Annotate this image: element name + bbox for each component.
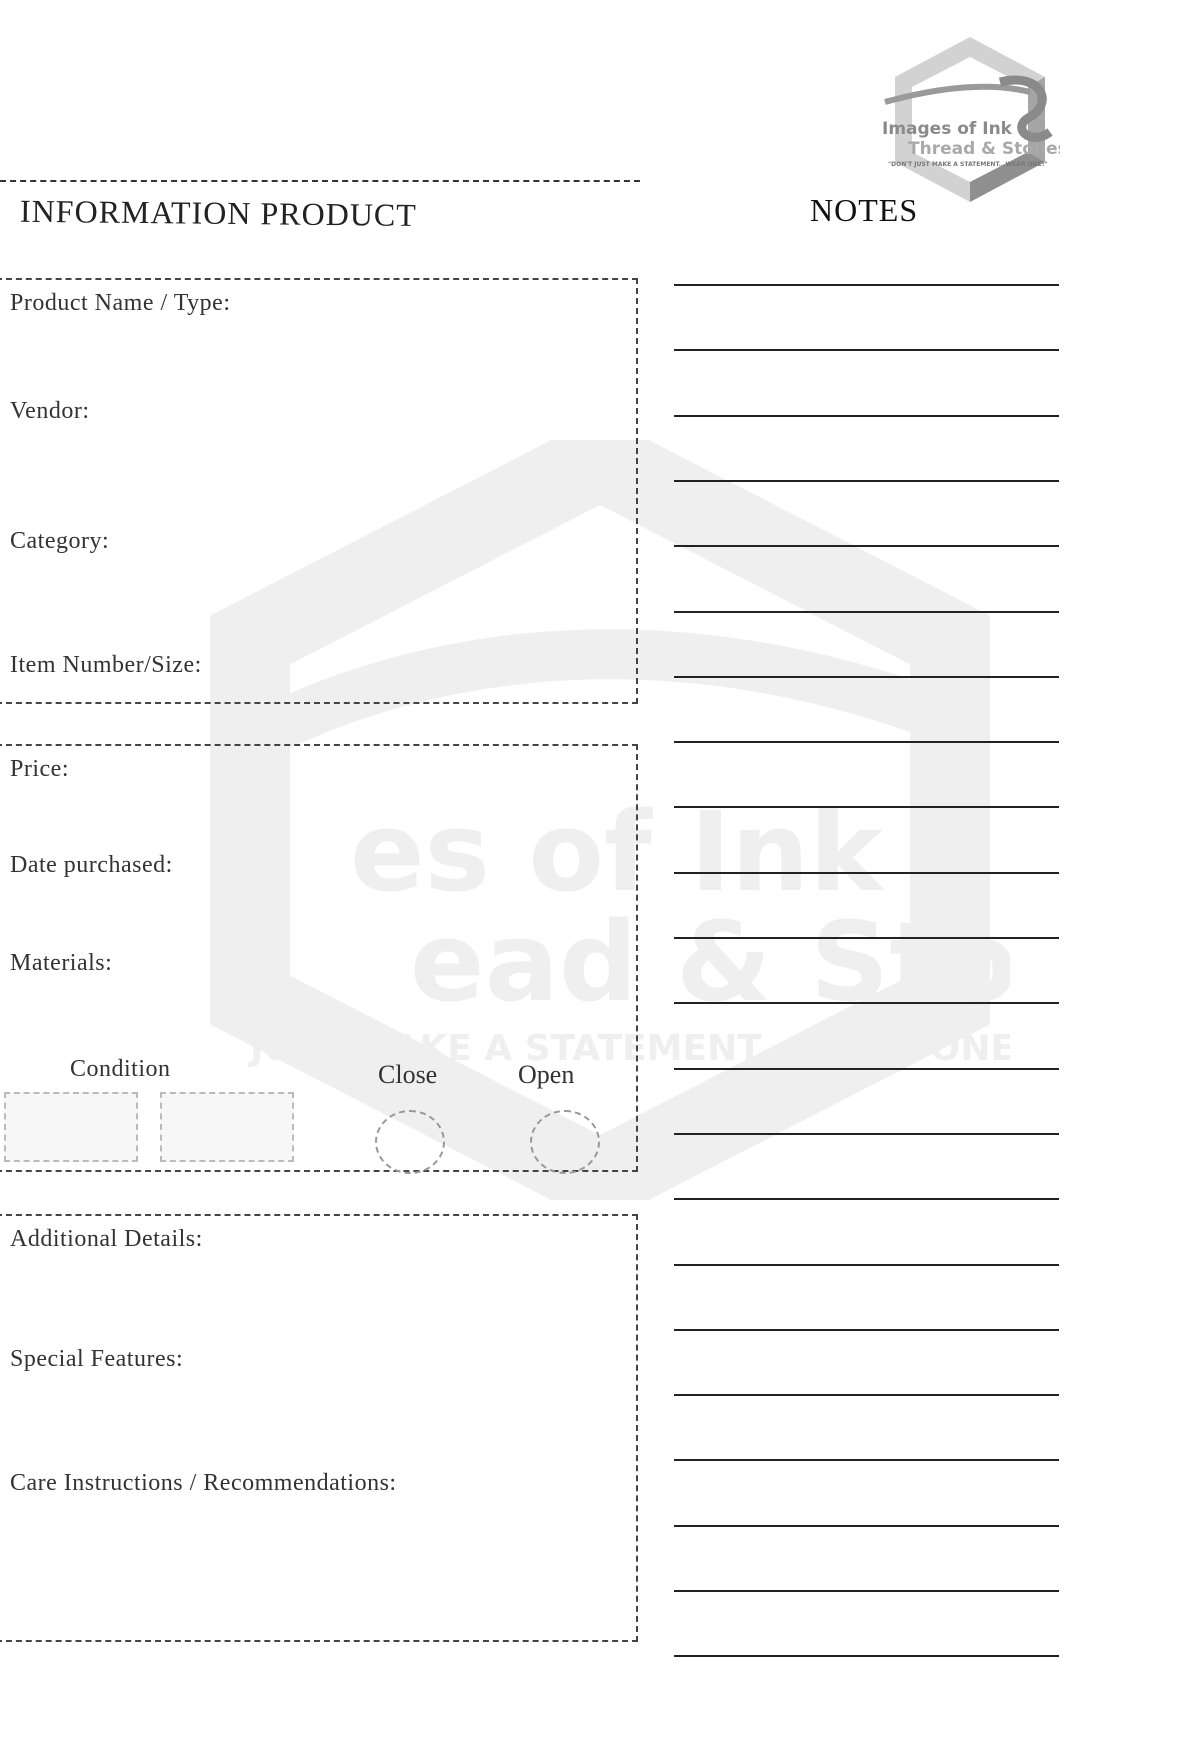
field-label: Date purchased: (10, 852, 173, 879)
field-label: Materials: (10, 950, 112, 977)
note-line[interactable] (674, 937, 1059, 939)
note-line[interactable] (674, 1198, 1059, 1200)
note-line[interactable] (674, 741, 1059, 743)
notes-title: NOTES (810, 192, 918, 229)
field-label: Special Features: (10, 1346, 183, 1373)
radio-open[interactable] (530, 1110, 600, 1174)
note-line[interactable] (674, 1264, 1059, 1266)
note-line[interactable] (674, 415, 1059, 417)
field-label: Item Number/Size: (10, 652, 202, 679)
logo-tagline: "DON'T JUST MAKE A STATEMENT...WEAR ONE!… (888, 161, 1048, 168)
divider (0, 180, 640, 182)
field-label: Category: (10, 528, 109, 555)
radio-label-open: Open (518, 1060, 574, 1090)
note-line[interactable] (674, 676, 1059, 678)
field-label: Price: (10, 756, 69, 783)
note-line[interactable] (674, 611, 1059, 613)
input-box[interactable] (4, 1092, 138, 1162)
hexagon-logo-icon: Images of Ink Thread & Stones "DON'T JUS… (880, 32, 1060, 207)
field-label: Product Name / Type: (10, 290, 231, 317)
field-label: Care Instructions / Recommendations: (10, 1470, 397, 1497)
logo-line2: Thread & Stones (908, 139, 1060, 159)
note-line[interactable] (674, 1068, 1059, 1070)
note-line[interactable] (674, 1329, 1059, 1331)
note-line[interactable] (674, 872, 1059, 874)
note-line[interactable] (674, 1525, 1059, 1527)
form-title: INFORMATION PRODUCT (20, 193, 640, 236)
brand-logo: Images of Ink Thread & Stones "DON'T JUS… (880, 32, 1060, 207)
input-box[interactable] (160, 1092, 294, 1162)
field-label: Additional Details: (10, 1226, 203, 1253)
note-line[interactable] (674, 1133, 1059, 1135)
note-line[interactable] (674, 545, 1059, 547)
note-line[interactable] (674, 806, 1059, 808)
note-line[interactable] (674, 480, 1059, 482)
note-line[interactable] (674, 1459, 1059, 1461)
note-line[interactable] (674, 1655, 1059, 1657)
section-product-details (0, 278, 638, 704)
note-line[interactable] (674, 349, 1059, 351)
radio-label-close: Close (378, 1060, 437, 1090)
condition-label: Condition (70, 1056, 171, 1083)
logo-line1: Images of Ink (882, 119, 1013, 139)
radio-close[interactable] (375, 1110, 445, 1174)
note-line[interactable] (674, 284, 1059, 286)
note-line[interactable] (674, 1002, 1059, 1004)
section-additional-details (0, 1214, 638, 1642)
field-label: Vendor: (10, 398, 89, 425)
note-line[interactable] (674, 1394, 1059, 1396)
note-line[interactable] (674, 1590, 1059, 1592)
